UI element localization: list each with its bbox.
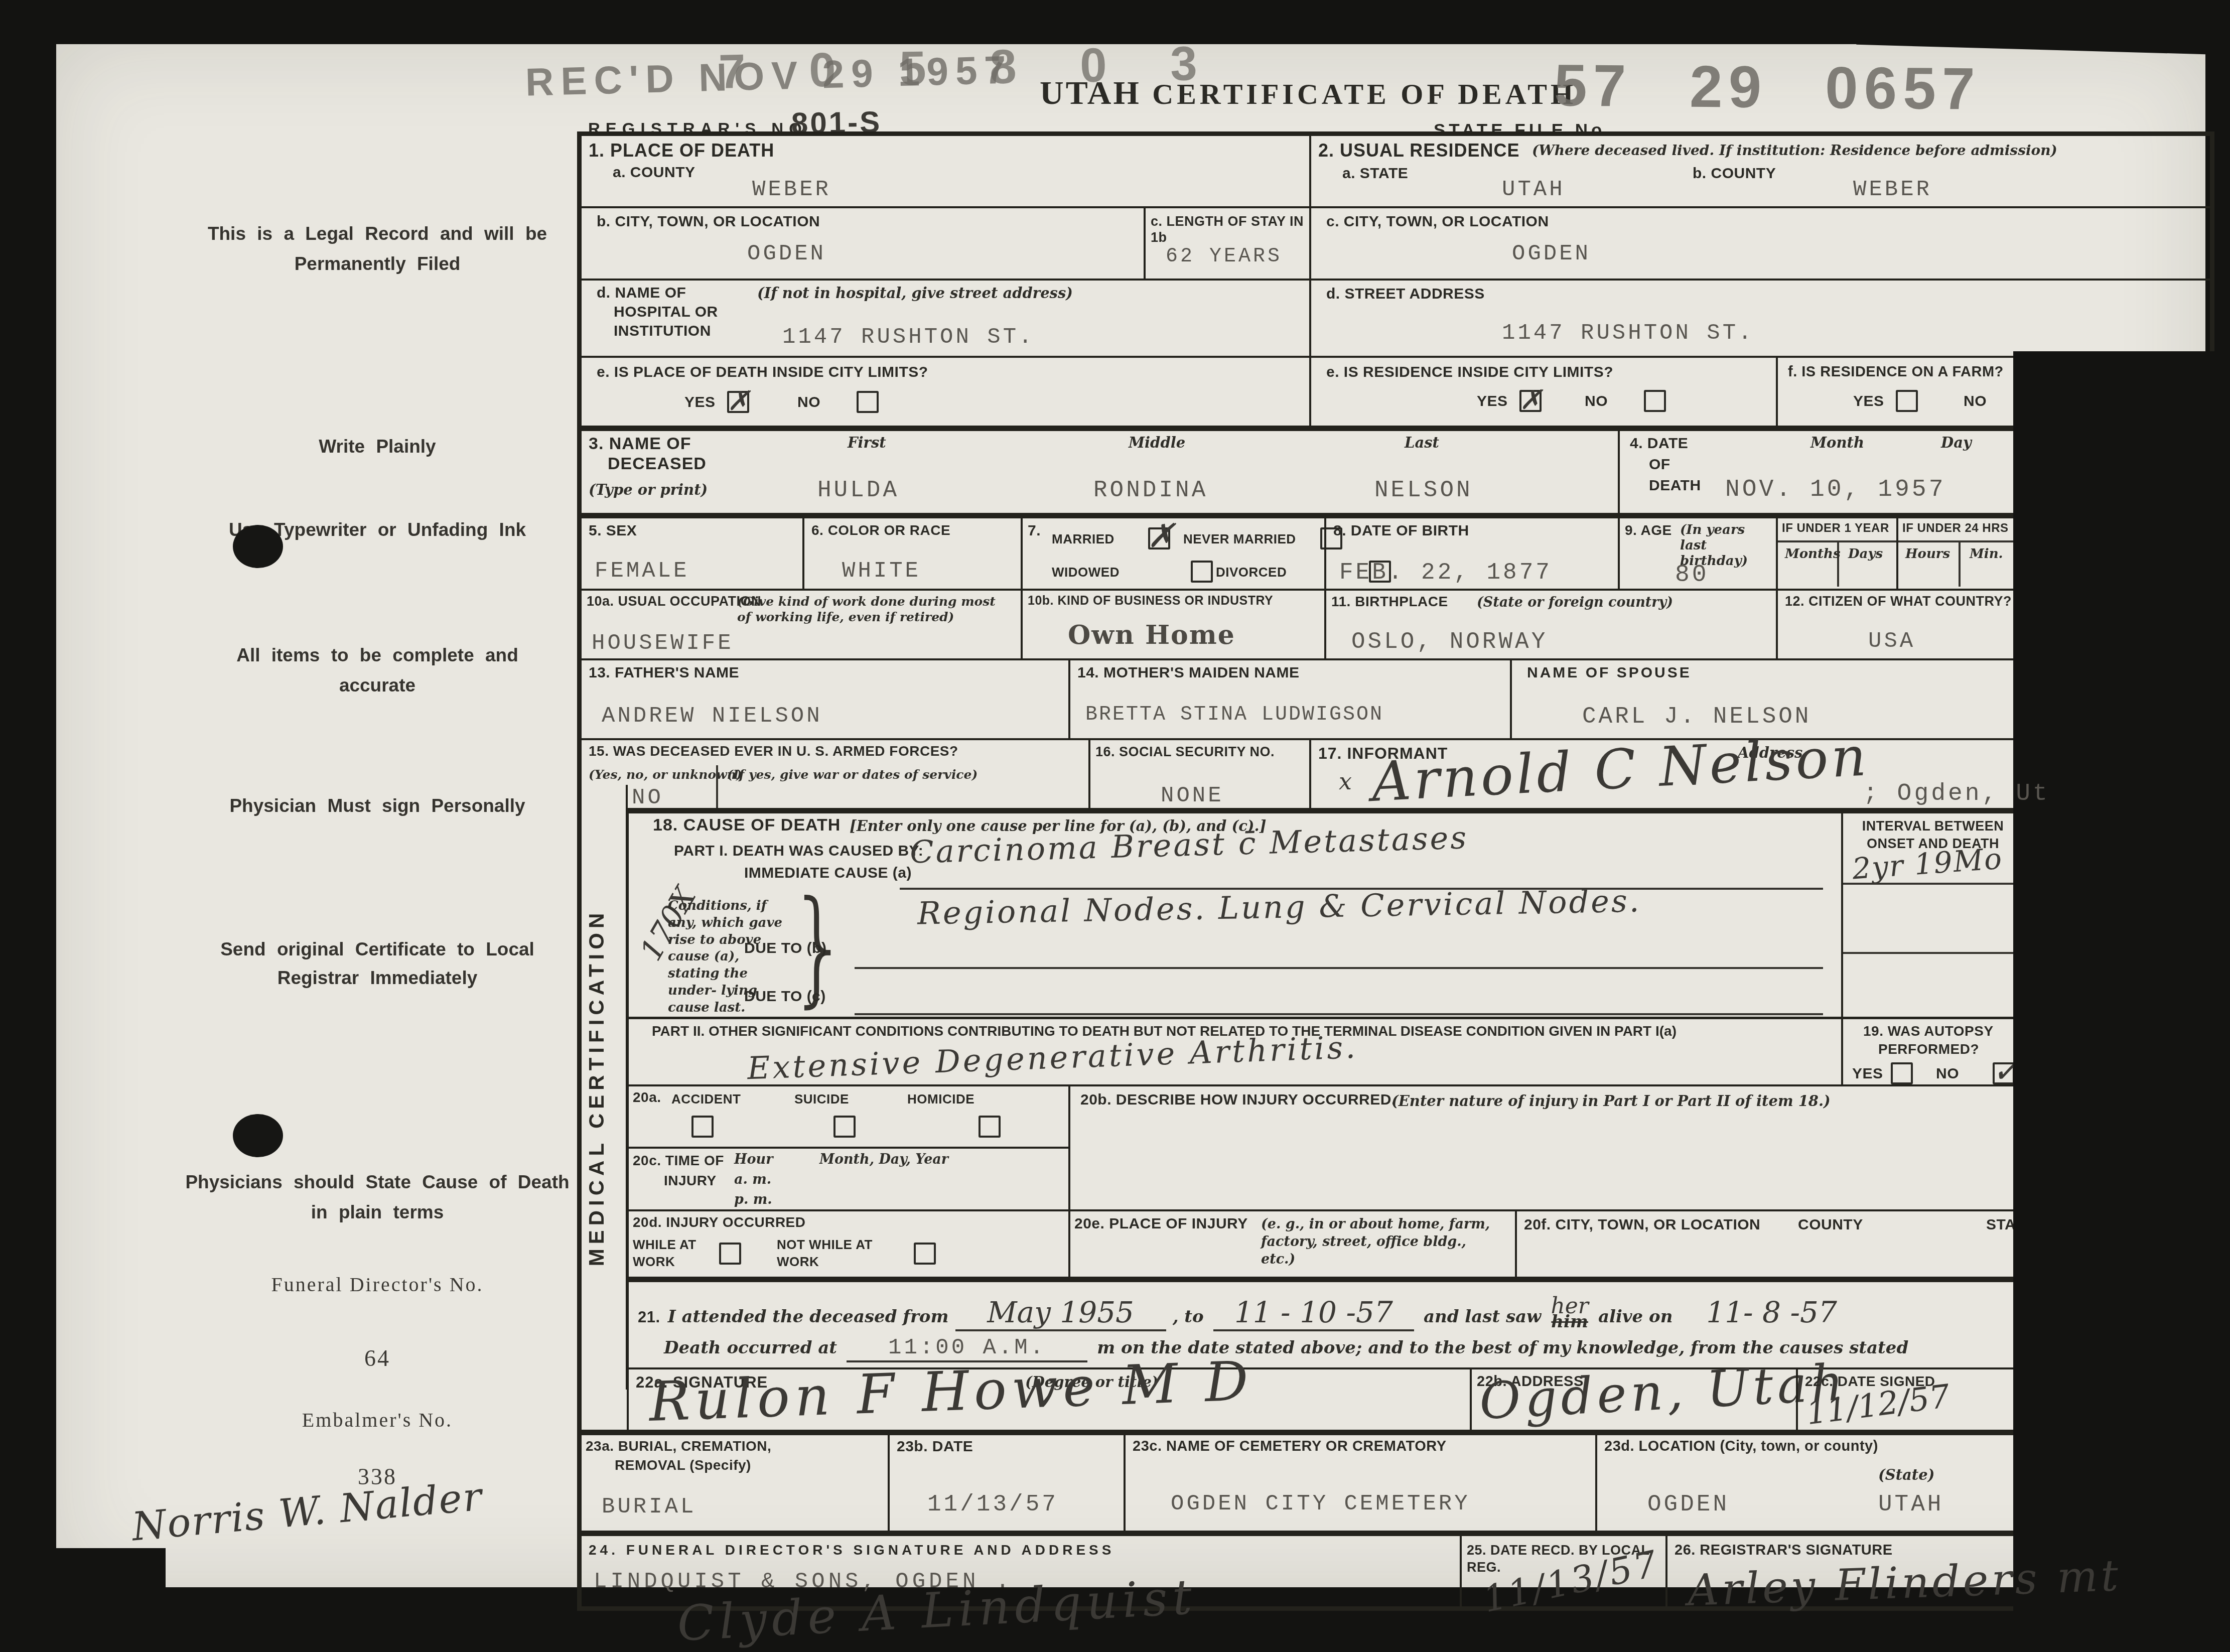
ssn-label: 16. SOCIAL SECURITY NO. xyxy=(1095,744,1275,760)
time-injury-label-2: INJURY xyxy=(664,1173,717,1189)
armed-forces-value: NO xyxy=(632,785,663,810)
field-informant: 17. INFORMANT Address x Arnold C Nelson … xyxy=(1309,740,2210,808)
injury-city-label: 20f. CITY, TOWN, OR LOCATION xyxy=(1524,1216,1760,1233)
birthplace-note: (State or foreign country) xyxy=(1477,595,1673,610)
usual-residence-title: 2. USUAL RESIDENCE xyxy=(1318,140,1519,161)
hours-label: Hours xyxy=(1905,546,1950,562)
field-fathers-name: 13. FATHER'S NAME ANDREW NIELSON xyxy=(582,660,1068,738)
middle-name-value: RONDINA xyxy=(1093,477,1208,503)
farm-yes-checkbox xyxy=(1896,390,1918,412)
margin-funeral-no-value: 64 xyxy=(197,1345,558,1371)
row-name-dod: 3. NAME OF DECEASED (Type or print) Firs… xyxy=(582,426,2210,513)
field-usual-residence: 2. USUAL RESIDENCE (Where deceased lived… xyxy=(1309,136,2210,206)
place-of-injury-label: 20e. PLACE OF INJURY xyxy=(1074,1215,1248,1232)
state-file-number-stamp: 57 29 0657 xyxy=(1554,51,1981,123)
row-attended: 21. I attended the deceased from May 195… xyxy=(582,1277,2210,1367)
spouse-label: NAME OF SPOUSE xyxy=(1527,664,1692,681)
married-label: MARRIED xyxy=(1052,531,1114,547)
attended-from-value: May 1955 xyxy=(987,1295,1134,1329)
autopsy-label-1: 19. WAS AUTOPSY xyxy=(1863,1023,1994,1039)
attended-num: 21. xyxy=(638,1308,660,1326)
birthplace-label: 11. BIRTHPLACE xyxy=(1331,594,1448,610)
field-date-signed: 22c. DATE SIGNED 11/12/57 xyxy=(1796,1369,2210,1430)
attended-to-value-underline: 11 - 10 -57 xyxy=(1213,1295,1414,1331)
widowed-label: WIDOWED xyxy=(1052,565,1120,580)
armed-forces-note-divider xyxy=(716,765,718,808)
suicide-checkbox xyxy=(833,1116,856,1138)
field-length-of-stay: c. LENGTH OF STAY IN 1b 62 YEARS xyxy=(1144,208,1309,279)
length-of-stay-label: c. LENGTH OF STAY IN 1b xyxy=(1151,213,1309,246)
burial-state-label: (State) xyxy=(1878,1466,1934,1483)
armed-forces-label: 15. WAS DECEASED EVER IN U. S. ARMED FOR… xyxy=(589,743,958,759)
row-city-stay: b. CITY, TOWN, OR LOCATION OGDEN c. LENG… xyxy=(582,206,2210,279)
attended-from-value-underline: May 1955 xyxy=(955,1295,1166,1331)
residence-city-value: OGDEN xyxy=(1512,241,1591,266)
attended-p2: , to xyxy=(1173,1307,1204,1327)
residence-state-label: a. STATE xyxy=(1342,165,1408,182)
hospital-note: (If not in hospital, give street address… xyxy=(757,285,1073,302)
residence-limits-yes-label: YES xyxy=(1477,393,1508,410)
death-city-label: b. CITY, TOWN, OR LOCATION xyxy=(597,213,820,230)
length-of-stay-value: 62 YEARS xyxy=(1166,245,1282,268)
farm-yes-label: YES xyxy=(1853,393,1884,410)
time-injury-label-1: 20c. TIME OF xyxy=(633,1153,724,1169)
field-name-of-deceased: 3. NAME OF DECEASED (Type or print) Firs… xyxy=(582,431,1618,513)
row-funeral-registrar: 24. FUNERAL DIRECTOR'S SIGNATURE AND ADD… xyxy=(582,1531,2210,1606)
min-label: Min. xyxy=(1970,546,2003,562)
describe-injury-label: 20b. DESCRIBE HOW INJURY OCCURRED. xyxy=(1080,1091,1396,1109)
field-physician-address: 22b. ADDRESS Ogden, Utah xyxy=(1470,1369,1796,1430)
field-if-under-1-year: IF UNDER 1 YEAR Months Days xyxy=(1776,518,1896,589)
burial-value: BURIAL xyxy=(602,1494,696,1520)
business-label: 10b. KIND OF BUSINESS OR INDUSTRY xyxy=(1028,594,1273,608)
burial-label-1: 23a. BURIAL, CREMATION, xyxy=(586,1438,771,1454)
not-while-label: NOT WHILE AT WORK xyxy=(777,1236,877,1271)
attended-p1: I attended the deceased from xyxy=(668,1307,949,1327)
scan-black-right xyxy=(2013,351,2230,1630)
row-sex-race-marital: 5. SEX FEMALE 6. COLOR OR RACE WHITE 7. … xyxy=(582,513,2210,589)
days-label: Days xyxy=(1848,546,1883,562)
hour-label: Hour xyxy=(734,1152,773,1167)
field-death-city: b. CITY, TOWN, OR LOCATION OGDEN xyxy=(582,208,1144,279)
citizen-label: 12. CITIZEN OF WHAT COUNTRY? xyxy=(1785,594,2012,609)
certificate-paper: REC'D NOV 29 1957 7 0 5 8 0 3 UTAH CERTI… xyxy=(56,44,2205,1587)
ssn-value: NONE xyxy=(1161,783,1224,808)
row-accident-injury: 20a. ACCIDENT SUICIDE HOMICIDE 20c. TIME… xyxy=(582,1084,2210,1209)
residence-state-value: UTAH xyxy=(1502,177,1565,202)
autopsy-no-label: NO xyxy=(1936,1065,1959,1082)
burial-date-label: 23b. DATE xyxy=(897,1438,973,1455)
while-at-work-label: WHILE AT WORK xyxy=(633,1236,713,1271)
field-death-city-limits: e. IS PLACE OF DEATH INSIDE CITY LIMITS?… xyxy=(582,358,1309,426)
field-burial-date: 23b. DATE 11/13/57 xyxy=(888,1435,1124,1531)
row-burial: 23a. BURIAL, CREMATION, REMOVAL (Specify… xyxy=(582,1430,2210,1531)
cemetery-label: 23c. NAME OF CEMETERY OR CREMATORY xyxy=(1133,1438,1447,1455)
attended-line-1: 21. I attended the deceased from May 195… xyxy=(638,1293,1868,1332)
suicide-label: SUICIDE xyxy=(794,1091,849,1107)
autopsy-box: 19. WAS AUTOPSY PERFORMED? YES NO ✓ xyxy=(1843,1017,2022,1087)
field-mothers-maiden-name: 14. MOTHER'S MAIDEN NAME BRETTA STINA LU… xyxy=(1068,660,1510,738)
burial-label-2: REMOVAL (Specify) xyxy=(615,1457,751,1473)
residence-city-label: c. CITY, TOWN, OR LOCATION xyxy=(1326,213,1549,230)
age-value: 80 xyxy=(1675,562,1709,589)
farm-label: f. IS RESIDENCE ON A FARM? xyxy=(1788,364,2004,380)
occupation-value: HOUSEWIFE xyxy=(592,631,734,656)
age-label: 9. AGE xyxy=(1625,522,1672,538)
dod-value: NOV. 10, 1957 xyxy=(1725,476,1945,503)
residence-limits-yes-mark: ✗ xyxy=(1519,384,1542,416)
field-cause-of-death: 18. CAUSE OF DEATH [Enter only one cause… xyxy=(627,813,1841,1084)
under-1-year-label: IF UNDER 1 YEAR xyxy=(1782,521,1889,535)
field-cemetery: 23c. NAME OF CEMETERY OR CREMATORY OGDEN… xyxy=(1124,1435,1595,1531)
field-age: 9. AGE (In years last birthday) 80 xyxy=(1618,518,1776,589)
cemetery-value: OGDEN CITY CEMETERY xyxy=(1171,1491,1470,1517)
cause-label: 18. CAUSE OF DEATH xyxy=(653,815,841,835)
field-hospital: d. NAME OF HOSPITAL OR INSTITUTION (If n… xyxy=(582,281,1309,356)
autopsy-yes-label: YES xyxy=(1852,1065,1883,1082)
injury-occurred-label: 20d. INJURY OCCURRED xyxy=(633,1214,806,1230)
row-place-residence: 1. PLACE OF DEATH a. COUNTY WEBER 2. USU… xyxy=(582,136,2210,206)
dob-value: FEB. 22, 1877 xyxy=(1339,560,1552,586)
row-injury-place: 20d. INJURY OCCURRED WHILE AT WORK NOT W… xyxy=(582,1209,2210,1277)
row-city-limits: e. IS PLACE OF DEATH INSIDE CITY LIMITS?… xyxy=(582,356,2210,426)
attended-to-value: 11 - 10 -57 xyxy=(1234,1295,1393,1329)
field-injury-occurred: 20d. INJURY OCCURRED WHILE AT WORK NOT W… xyxy=(627,1211,1068,1277)
field-residence-city-limits: e. IS RESIDENCE INSIDE CITY LIMITS? YES … xyxy=(1309,358,1776,426)
autopsy-no-checkbox: ✓ xyxy=(1993,1062,2015,1084)
field-color-race: 6. COLOR OR RACE WHITE xyxy=(802,518,1021,589)
attended-line-2: Death occurred at 11:00 A.M. m on the da… xyxy=(664,1335,1908,1362)
birthplace-value: OSLO, NORWAY xyxy=(1351,629,1548,655)
injury-county-label: COUNTY xyxy=(1798,1216,1863,1233)
business-value: Own Home xyxy=(1068,620,1235,650)
am-label: a. m. xyxy=(734,1172,771,1187)
margin-all-items: All items to be complete and accurate xyxy=(197,640,558,701)
form-title: UTAH CERTIFICATE OF DEATH xyxy=(1040,74,1577,112)
title-text: CERTIFICATE OF DEATH xyxy=(1152,78,1577,110)
attended-p3: and last saw xyxy=(1424,1307,1541,1327)
months-label: Months xyxy=(1785,546,1841,562)
name-label-2: DECEASED xyxy=(608,454,707,474)
field-residence-city: c. CITY, TOWN, OR LOCATION OGDEN xyxy=(1309,208,2210,279)
field-ssn: 16. SOCIAL SECURITY NO. NONE xyxy=(1088,740,1309,808)
scan-black-bottom-left xyxy=(0,1548,166,1630)
field-birthplace: 11. BIRTHPLACE (State or foreign country… xyxy=(1324,591,1776,658)
homicide-checkbox xyxy=(979,1116,1001,1138)
death-city-value: OGDEN xyxy=(747,241,826,266)
while-at-work-checkbox xyxy=(719,1243,741,1265)
margin-send-original: Send original Certificate to Local Regis… xyxy=(197,935,558,993)
alive-value-underline: 11- 8 -57 xyxy=(1682,1295,1862,1329)
residence-county-label: b. COUNTY xyxy=(1693,165,1776,182)
cause-line-a2: Regional Nodes. Lung & Cervical Nodes. xyxy=(917,882,1641,931)
name-note: (Type or print) xyxy=(589,481,708,498)
hospital-label-3: INSTITUTION xyxy=(614,323,711,340)
describe-injury-note: (Enter nature of injury in Part I or Par… xyxy=(1391,1092,1831,1110)
fathers-name-value: ANDREW NIELSON xyxy=(602,704,822,729)
death-city-limits-label: e. IS PLACE OF DEATH INSIDE CITY LIMITS? xyxy=(597,364,928,381)
col-20a-20c: 20a. ACCIDENT SUICIDE HOMICIDE 20c. TIME… xyxy=(627,1086,1068,1209)
place-of-injury-note: (e. g., in or about home, farm, factory,… xyxy=(1261,1215,1502,1268)
death-limits-no-label: NO xyxy=(797,394,820,411)
him-struck: him xyxy=(1551,1312,1588,1332)
citizen-value: USA xyxy=(1868,629,1915,654)
margin-legal-record: This is a Legal Record and will be Perma… xyxy=(197,219,558,279)
death-limits-no-checkbox xyxy=(857,391,879,413)
county-value: WEBER xyxy=(752,177,831,202)
dod-day-label: Day xyxy=(1941,434,1972,451)
informant-address-value: ; Ogden, Ut xyxy=(1863,780,2050,807)
field-armed-forces: 15. WAS DECEASED EVER IN U. S. ARMED FOR… xyxy=(582,740,1088,808)
accident-label: ACCIDENT xyxy=(671,1091,741,1107)
marital-num: 7. xyxy=(1028,522,1041,539)
occupation-note: (Give kind of work done during most of w… xyxy=(737,594,1008,625)
death-occurred-label: Death occurred at xyxy=(664,1338,837,1358)
residence-county-value: WEBER xyxy=(1853,177,1932,202)
last-name-value: NELSON xyxy=(1374,477,1473,503)
field-place-of-death-county: 1. PLACE OF DEATH a. COUNTY WEBER xyxy=(582,136,1309,206)
her-him-stack: her him xyxy=(1551,1293,1588,1332)
occupation-label: 10a. USUAL OCCUPATION xyxy=(587,594,761,609)
medical-certification-strip: MEDICAL CERTIFICATION xyxy=(582,785,628,1390)
autopsy-yes-checkbox xyxy=(1891,1062,1913,1084)
sex-label: 5. SEX xyxy=(589,522,637,539)
part2-section: PART II. OTHER SIGNIFICANT CONDITIONS CO… xyxy=(627,1017,1841,1087)
interval-rule-2 xyxy=(1843,952,2022,954)
margin-funeral-no-label: Funeral Director's No. xyxy=(197,1270,558,1300)
field-funeral-director: 24. FUNERAL DIRECTOR'S SIGNATURE AND ADD… xyxy=(582,1536,1460,1606)
field-physician-signature: 22a. SIGNATURE (Degree or title) Rulon F… xyxy=(627,1369,1470,1430)
usual-residence-note: (Where deceased lived. If institution: R… xyxy=(1532,142,2057,159)
field-burial-type: 23a. BURIAL, CREMATION, REMOVAL (Specify… xyxy=(582,1435,888,1531)
sex-value: FEMALE xyxy=(595,559,689,584)
registrar-signature-label: 26. REGISTRAR'S SIGNATURE xyxy=(1675,1542,1893,1559)
margin-embalmer-no-label: Embalmer's No. xyxy=(197,1408,558,1432)
first-name-label: First xyxy=(848,434,886,451)
interval-rule-1 xyxy=(1843,883,2022,885)
married-mark: ✗ xyxy=(1147,516,1175,555)
dob-label: 8. DATE OF BIRTH xyxy=(1333,522,1469,539)
mothers-name-label: 14. MOTHER'S MAIDEN NAME xyxy=(1077,664,1300,681)
place-of-death-title: 1. PLACE OF DEATH xyxy=(589,140,774,161)
color-race-label: 6. COLOR OR RACE xyxy=(811,522,950,538)
burial-date-value: 11/13/57 xyxy=(927,1491,1058,1518)
death-time-value: 11:00 A.M. xyxy=(888,1335,1046,1360)
death-limits-yes-label: YES xyxy=(684,394,716,411)
dod-month-label: Month xyxy=(1810,434,1864,451)
field-accident-suicide-homicide: 20a. ACCIDENT SUICIDE HOMICIDE xyxy=(629,1086,1070,1147)
field-date-received: 25. DATE RECD. BY LOCAL REG. 11/13/57 xyxy=(1460,1536,1665,1606)
dod-label-3: DEATH xyxy=(1649,477,1701,494)
attended-p4: alive on xyxy=(1598,1307,1672,1327)
death-limits-yes-checkbox: ✗ xyxy=(727,391,749,413)
accident-num: 20a. xyxy=(633,1089,661,1106)
spouse-value: CARL J. NELSON xyxy=(1582,704,1811,730)
street-address-label: d. STREET ADDRESS xyxy=(1326,286,1485,303)
medical-certification-label: MEDICAL CERTIFICATION xyxy=(585,908,609,1266)
married-checkbox: ✗ xyxy=(1148,527,1170,549)
certificate-form: 1. PLACE OF DEATH a. COUNTY WEBER 2. USU… xyxy=(577,131,2214,1611)
hospital-value: 1147 RUSHTON ST. xyxy=(782,325,1034,350)
informant-signature: Arnold C Nelson xyxy=(1370,725,1870,814)
field-time-of-injury: 20c. TIME OF INJURY Hour a. m. p. m. Mon… xyxy=(629,1147,1070,1211)
fathers-name-label: 13. FATHER'S NAME xyxy=(589,664,739,681)
middle-name-label: Middle xyxy=(1129,434,1185,451)
name-label-1: 3. NAME OF xyxy=(589,434,691,454)
county-label: a. COUNTY xyxy=(613,164,695,181)
hospital-label-1: d. NAME OF xyxy=(597,285,686,302)
residence-limits-no-label: NO xyxy=(1585,393,1608,410)
row-parents-spouse: 13. FATHER'S NAME ANDREW NIELSON 14. MOT… xyxy=(582,658,2210,738)
margin-plain-terms: Physicians should State Cause of Death i… xyxy=(172,1167,583,1227)
punch-hole-top xyxy=(233,525,283,568)
due-to-b-label: DUE TO (b) xyxy=(744,940,826,957)
due-to-b-rule xyxy=(855,967,1823,969)
field-sex: 5. SEX FEMALE xyxy=(582,518,802,589)
field-place-of-injury: 20e. PLACE OF INJURY (e. g., in or about… xyxy=(1068,1211,1515,1277)
burial-location-label: 23d. LOCATION (City, town, or county) xyxy=(1604,1438,1878,1455)
autopsy-label-2: PERFORMED? xyxy=(1878,1041,1979,1057)
residence-limits-yes-checkbox: ✗ xyxy=(1519,390,1542,412)
due-to-c-label: DUE TO (c) xyxy=(744,988,826,1005)
death-limits-yes-mark: ✗ xyxy=(727,385,750,417)
row-hospital-address: d. NAME OF HOSPITAL OR INSTITUTION (If n… xyxy=(582,279,2210,356)
margin-write-plainly: Write Plainly xyxy=(197,432,558,462)
margin-physician-sign: Physician Must sign Personally xyxy=(197,791,558,821)
field-usual-occupation: 10a. USUAL OCCUPATION (Give kind of work… xyxy=(582,591,1021,658)
armed-forces-note1: (Yes, no, or unknown) xyxy=(589,767,742,782)
field-date-of-birth: 8. DATE OF BIRTH FEB. 22, 1877 xyxy=(1324,518,1618,589)
alive-value: 11- 8 -57 xyxy=(1706,1295,1837,1329)
row-signature: 22a. SIGNATURE (Degree or title) Rulon F… xyxy=(582,1367,2210,1430)
burial-state-value: UTAH xyxy=(1878,1491,1943,1518)
never-married-label: NEVER MARRIED xyxy=(1183,531,1296,547)
hospital-label-2: HOSPITAL OR xyxy=(614,304,718,321)
funeral-director-label: 24. FUNERAL DIRECTOR'S SIGNATURE AND ADD… xyxy=(589,1542,1114,1558)
under-24-label: IF UNDER 24 HRS xyxy=(1902,521,2009,535)
residence-limits-no-checkbox xyxy=(1644,390,1666,412)
divorced-label: DIVORCED xyxy=(1216,565,1287,580)
registrar-signature-value: Arley Flinders mt xyxy=(1687,1551,2122,1616)
accident-checkbox xyxy=(691,1116,714,1138)
homicide-label: HOMICIDE xyxy=(907,1091,974,1107)
first-name-value: HULDA xyxy=(817,477,899,503)
part1-label: PART I. DEATH WAS CAUSED BY: xyxy=(674,843,923,860)
punch-hole-bottom xyxy=(233,1114,283,1157)
burial-city-value: OGDEN xyxy=(1647,1491,1729,1518)
dod-label-2: OF xyxy=(1649,456,1670,473)
residence-limits-label: e. IS RESIDENCE INSIDE CITY LIMITS? xyxy=(1326,364,1613,381)
row-forces-ssn-informant: 15. WAS DECEASED EVER IN U. S. ARMED FOR… xyxy=(582,738,2210,808)
due-to-c-rule xyxy=(855,1013,1823,1015)
under-24-divider-v xyxy=(1959,540,1961,587)
month-day-year-label: Month, Day, Year xyxy=(819,1152,948,1167)
pm-label: p. m. xyxy=(734,1192,772,1207)
informant-x-mark: x xyxy=(1339,768,1352,795)
street-address-value: 1147 RUSHTON ST. xyxy=(1502,321,1754,346)
field-marital-status: 7. MARRIED ✗ NEVER MARRIED WIDOWED DIVOR… xyxy=(1021,518,1324,589)
color-race-value: WHITE xyxy=(842,559,921,584)
field-registrar-signature: 26. REGISTRAR'S SIGNATURE Arley Flinders… xyxy=(1665,1536,2210,1606)
armed-forces-note2: (If yes, give war or dates of service) xyxy=(727,767,978,782)
farm-no-label: NO xyxy=(1964,393,1987,410)
field-street-address: d. STREET ADDRESS 1147 RUSHTON ST. xyxy=(1309,281,2210,356)
row-occupation: 10a. USUAL OCCUPATION (Give kind of work… xyxy=(582,589,2210,658)
field-business-industry: 10b. KIND OF BUSINESS OR INDUSTRY Own Ho… xyxy=(1021,591,1324,658)
field-attended-statement: 21. I attended the deceased from May 195… xyxy=(627,1282,2210,1367)
title-state-word: UTAH xyxy=(1040,75,1141,111)
row-cause-of-death: 18. CAUSE OF DEATH [Enter only one cause… xyxy=(582,808,2210,1084)
dod-label-1: 4. DATE xyxy=(1630,435,1688,452)
widowed-checkbox xyxy=(1191,561,1213,583)
last-name-label: Last xyxy=(1405,434,1439,451)
not-while-checkbox xyxy=(914,1243,936,1265)
mothers-name-value: BRETTA STINA LUDWIGSON xyxy=(1085,704,1383,726)
